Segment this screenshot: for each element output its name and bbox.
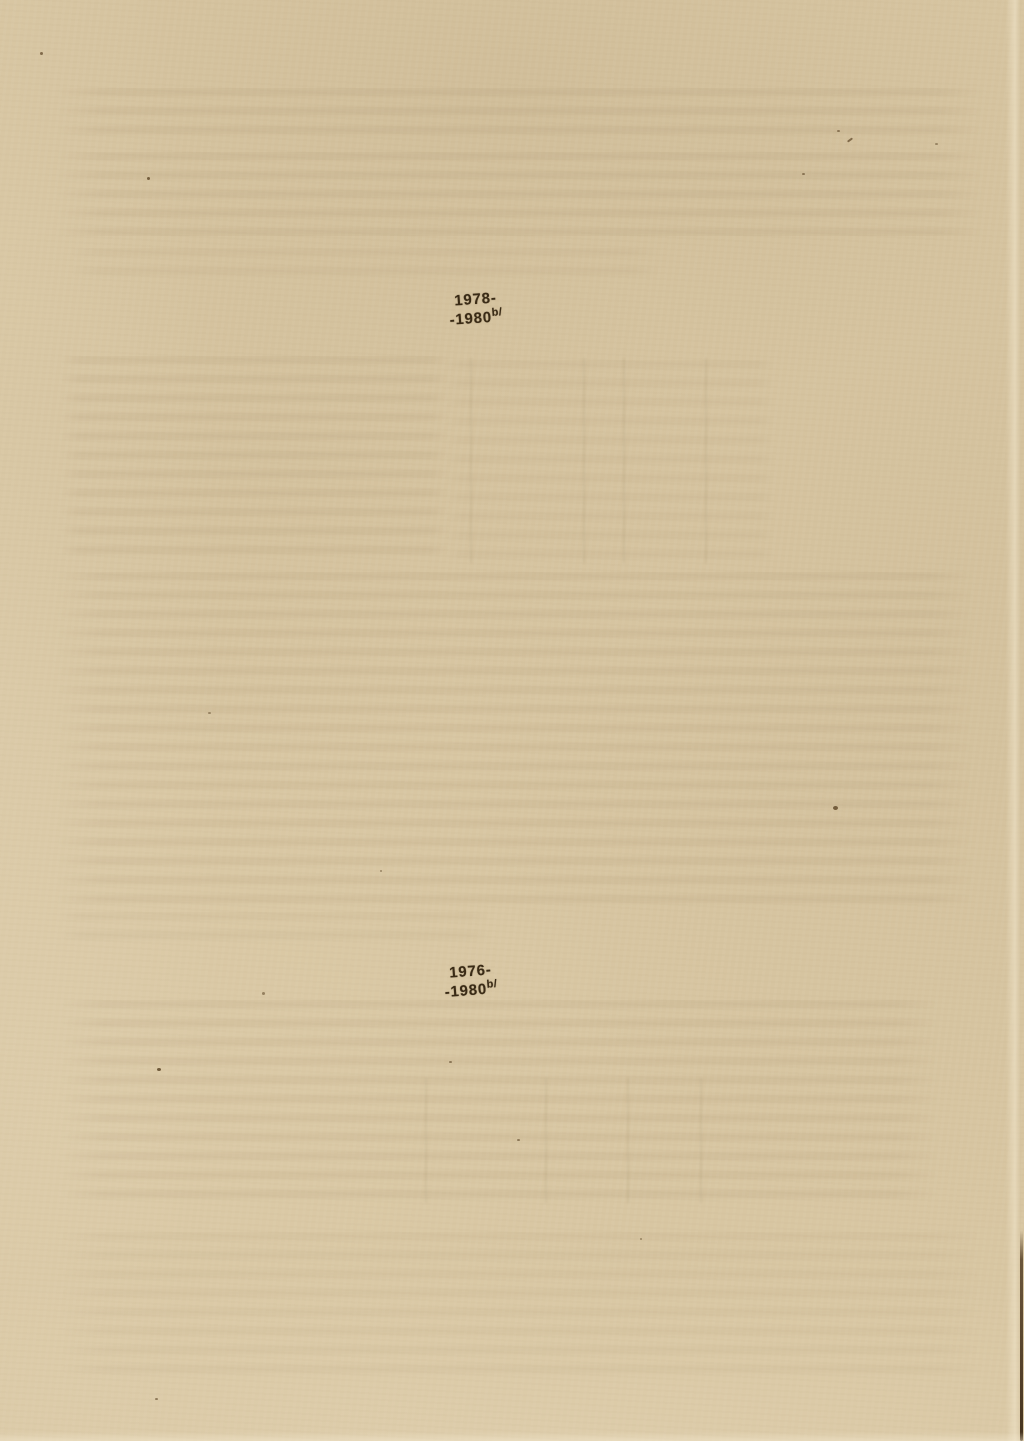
ghost-table-body-band xyxy=(445,360,775,560)
paper-speck xyxy=(935,143,938,145)
ghost-text-band xyxy=(55,88,985,140)
ghost-table-rule xyxy=(623,358,625,563)
ghost-table-rule xyxy=(545,1078,547,1203)
ghost-table-rule xyxy=(470,358,472,563)
paper-speck xyxy=(380,870,382,872)
ghost-table-rule xyxy=(425,1078,427,1203)
page-right-edge-highlight xyxy=(1006,0,1021,1441)
ghost-table-rule xyxy=(700,1078,702,1203)
ghost-text-band xyxy=(55,572,975,907)
paper-speck xyxy=(147,177,150,180)
period-header-line2: -1980b/ xyxy=(444,977,498,1000)
paper-speck xyxy=(157,1068,161,1071)
ghost-table-rule xyxy=(583,358,585,563)
page-bottom-edge-highlight xyxy=(0,1432,1024,1441)
paper-speck xyxy=(833,806,838,810)
footnote-marker-b: b/ xyxy=(491,306,502,319)
page-edge-shadow-line xyxy=(1020,1230,1023,1441)
paper-speck xyxy=(640,1238,642,1240)
table-period-header-1978-1980: 1978- -1980b/ xyxy=(448,291,503,328)
footnote-marker-b: b/ xyxy=(486,978,497,991)
ghost-text-band xyxy=(55,152,985,236)
paper-speck xyxy=(208,712,211,714)
paper-speck xyxy=(837,130,840,132)
ghost-text-band xyxy=(60,1232,980,1382)
ghost-text-band xyxy=(70,248,660,286)
paper-speck xyxy=(155,1398,158,1400)
ghost-heading-band xyxy=(60,912,490,948)
paper-speck xyxy=(40,52,43,55)
ghost-table-rule xyxy=(705,358,707,563)
paper-speck xyxy=(517,1139,520,1141)
paper-speck xyxy=(802,173,805,175)
paper-speck xyxy=(449,1061,452,1063)
ghost-table-stub-band xyxy=(60,356,450,561)
ghost-table-rule xyxy=(627,1078,629,1203)
paper-speck xyxy=(262,992,265,995)
ghost-table-band xyxy=(60,1000,940,1205)
period-header-line2: -1980b/ xyxy=(449,305,503,328)
period-years: -1980 xyxy=(449,309,492,329)
period-years: -1980 xyxy=(444,981,488,1001)
table-period-header-1976-1980: 1976- -1980b/ xyxy=(443,963,498,1000)
scanned-document-page: 1978- -1980b/ 1976- -1980b/ xyxy=(0,0,1024,1441)
